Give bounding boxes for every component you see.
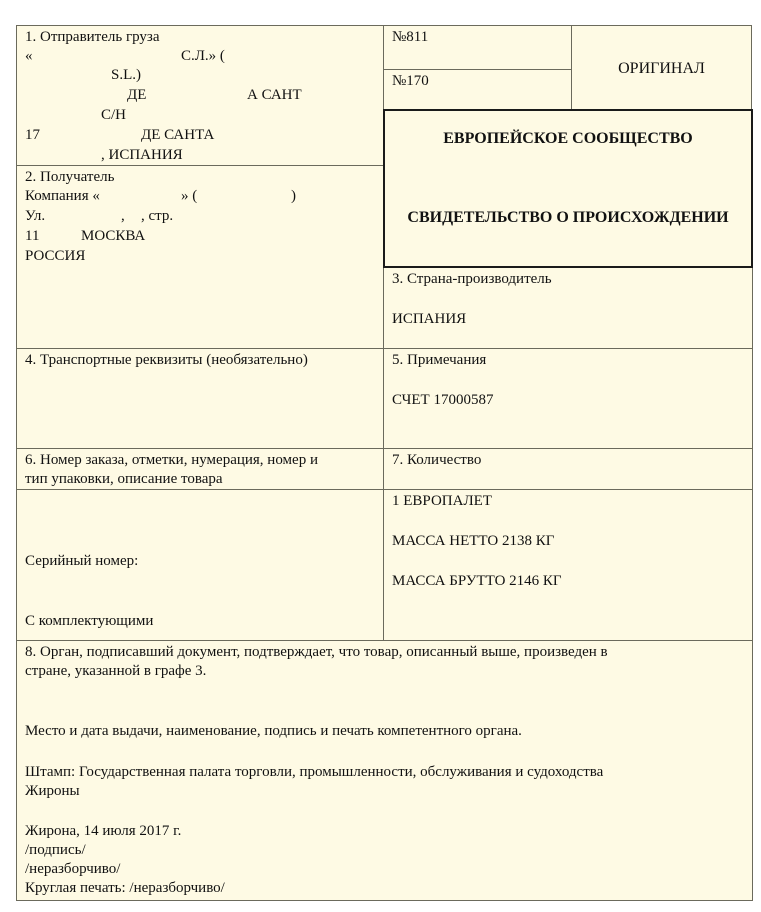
round-seal: Круглая печать: /неразборчиво/ xyxy=(25,879,225,898)
box-4-transport-details: 4. Транспортные реквизиты (необязательно… xyxy=(16,348,384,449)
header-certificate-of-origin: СВИДЕТЕЛЬСТВО О ПРОИСХОЖДЕНИИ xyxy=(385,208,751,227)
box-6-content: Серийный номер: С комплектующими xyxy=(16,489,384,641)
box-1-label: 1. Отправитель груза xyxy=(25,28,160,47)
box-1-sender: 1. Отправитель груза «С.Л.» (S.L.)ДЕА СА… xyxy=(16,25,384,166)
components-label: С комплектующими xyxy=(25,612,153,631)
box-5-label: 5. Примечания xyxy=(392,351,486,370)
quantity-pallets: 1 ЕВРОПАЛЕТ xyxy=(392,492,492,511)
box1-line: , ИСПАНИЯ xyxy=(101,146,183,165)
net-weight: МАССА НЕТТО 2138 КГ xyxy=(392,532,554,551)
box-7-label: 7. Количество xyxy=(392,452,481,468)
box-number-170: №170 xyxy=(383,69,572,111)
box-2-label: 2. Получатель xyxy=(25,168,114,187)
box-3-label: 3. Страна-производитель xyxy=(392,270,552,289)
certification-line2: стране, указанной в графе 3. xyxy=(25,662,206,681)
box2-line: , стр. xyxy=(141,207,173,226)
box2-line: ) xyxy=(291,187,296,206)
certificate-header: ЕВРОПЕЙСКОЕ СООБЩЕСТВО СВИДЕТЕЛЬСТВО О П… xyxy=(383,109,753,268)
box1-line: С.Л.» ( xyxy=(181,47,225,66)
box2-line: Компания « xyxy=(25,187,100,206)
header-european-community: ЕВРОПЕЙСКОЕ СООБЩЕСТВО xyxy=(385,129,751,148)
box1-line: S.L.) xyxy=(111,66,141,85)
certificate-number-1: №811 xyxy=(392,29,428,45)
issue-date: Жирона, 14 июля 2017 г. xyxy=(25,822,181,841)
box-6-label-line2: тип упаковки, описание товара xyxy=(25,470,375,489)
stamp-line1: Штамп: Государственная палата торговли, … xyxy=(25,763,603,782)
place-date-label: Место и дата выдачи, наименование, подпи… xyxy=(25,722,522,741)
stamp-line2: Жироны xyxy=(25,782,80,801)
signature: /подпись/ xyxy=(25,841,86,860)
box-4-label: 4. Транспортные реквизиты (необязательно… xyxy=(25,352,308,368)
box-original: ОРИГИНАЛ xyxy=(571,25,752,111)
box2-line: МОСКВА xyxy=(81,227,145,246)
box1-line: ДЕ xyxy=(127,86,146,105)
box-8-certification: 8. Орган, подписавший документ, подтверж… xyxy=(16,640,753,901)
box-6-label-line1: 6. Номер заказа, отметки, нумерация, ном… xyxy=(25,451,375,470)
box-7-content: 1 ЕВРОПАЛЕТ МАССА НЕТТО 2138 КГ МАССА БР… xyxy=(383,489,753,641)
box2-line: 11 xyxy=(25,227,39,246)
box-7-header: 7. Количество xyxy=(383,448,753,490)
box2-line: РОССИЯ xyxy=(25,247,85,266)
box1-line: ДЕ САНТА xyxy=(141,126,214,145)
gross-weight: МАССА БРУТТО 2146 КГ xyxy=(392,572,562,591)
box-6-header: 6. Номер заказа, отметки, нумерация, ном… xyxy=(16,448,384,490)
serial-number-label: Серийный номер: xyxy=(25,552,138,571)
box2-line: , xyxy=(121,207,125,226)
box2-line: » ( xyxy=(181,187,197,206)
box-5-remarks: 5. Примечания СЧЕТ 17000587 xyxy=(383,348,753,449)
box-number-811: №811 xyxy=(383,25,572,70)
box1-line: А САНТ xyxy=(247,86,302,105)
certification-line1: 8. Орган, подписавший документ, подтверж… xyxy=(25,643,608,662)
box1-line: 17 xyxy=(25,126,40,145)
box-2-consignee: 2. Получатель Компания «» ()Ул.,, стр.11… xyxy=(16,165,384,349)
box1-line: « xyxy=(25,47,33,66)
box1-line: С/Н xyxy=(101,106,126,125)
country-of-origin-value: ИСПАНИЯ xyxy=(392,310,466,329)
box-3-country-of-origin: 3. Страна-производитель ИСПАНИЯ xyxy=(383,267,753,349)
original-label: ОРИГИНАЛ xyxy=(618,59,705,78)
signature-illegible: /неразборчиво/ xyxy=(25,860,120,879)
box2-line: Ул. xyxy=(25,207,45,226)
invoice-number: СЧЕТ 17000587 xyxy=(392,391,493,410)
certificate-number-2: №170 xyxy=(392,73,429,89)
